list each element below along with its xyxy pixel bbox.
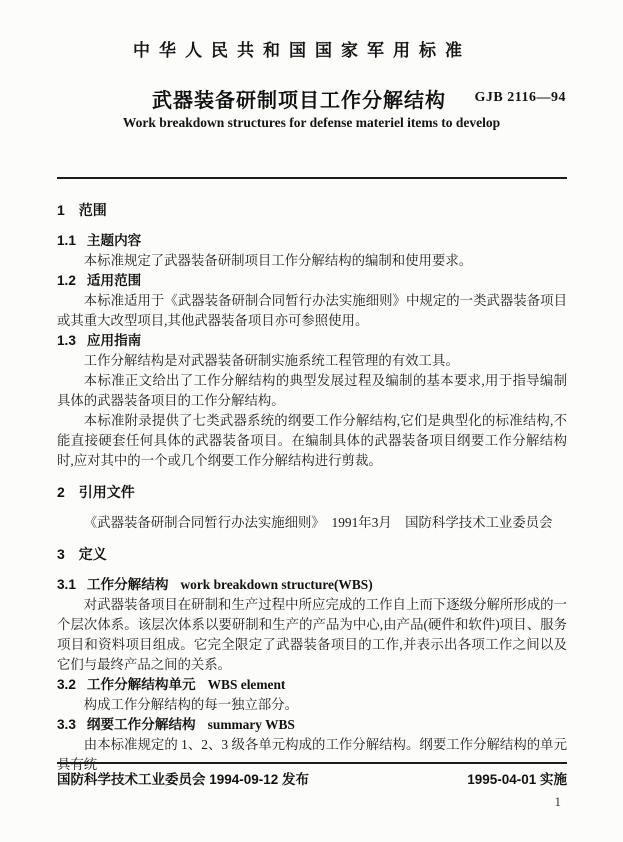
section-title: 应用指南 xyxy=(87,333,141,348)
section-heading: 3.2工作分解结构单元WBS element xyxy=(57,675,567,695)
paragraph: 对武器装备项目在研制和生产过程中所应完成的工作自上而下逐级分解所形成的一个层次体… xyxy=(57,595,567,675)
section-title-english: work breakdown structure(WBS) xyxy=(180,577,372,592)
section-title-english: WBS element xyxy=(208,677,286,692)
paragraph: 本标准适用于《武器装备研制合同暂行办法实施细则》中规定的一类武器装备项目或其重大… xyxy=(57,291,567,331)
section-number: 3 xyxy=(57,546,65,562)
section-number: 3.1 xyxy=(57,577,76,592)
page-number: 1 xyxy=(555,794,562,810)
paragraph: 本标准附录提供了七类武器系统的纲要工作分解结构,它们是典型化的标准结构,不能直接… xyxy=(57,411,567,471)
section-title: 纲要工作分解结构 xyxy=(87,717,196,732)
section-title: 工作分解结构 xyxy=(87,577,169,592)
section-heading: 1.2适用范围 xyxy=(57,271,567,291)
paragraph: 本标准规定了武器装备研制项目工作分解结构的编制和使用要求。 xyxy=(57,251,567,271)
section-title-english: summary WBS xyxy=(208,717,295,732)
section-heading: 3定义 xyxy=(57,544,567,564)
paragraph: 工作分解结构是对武器装备研制实施系统工程管理的有效工具。 xyxy=(57,351,567,371)
document-body: 1范围1.1主题内容本标准规定了武器装备研制项目工作分解结构的编制和使用要求。1… xyxy=(57,196,567,775)
standard-number: GJB 2116—94 xyxy=(475,90,566,106)
section-heading: 3.1工作分解结构work breakdown structure(WBS) xyxy=(57,575,567,595)
section-heading: 2引用文件 xyxy=(57,482,567,502)
section-number: 1.1 xyxy=(57,233,76,248)
section-title: 引用文件 xyxy=(79,484,135,500)
section-title: 主题内容 xyxy=(87,233,141,248)
section-number: 3.2 xyxy=(57,677,76,692)
header-divider xyxy=(57,177,567,179)
footer: 国防科学技术工业委员会 1994-09-12 发布 1995-04-01 实施 xyxy=(57,768,567,788)
section-number: 1.3 xyxy=(57,333,76,348)
section-number: 3.3 xyxy=(57,717,76,732)
paragraph: 构成工作分解结构的每一独立部分。 xyxy=(57,695,567,715)
section-title: 范围 xyxy=(79,202,107,218)
standard-class-title: 中华人民共和国国家军用标准 xyxy=(133,36,471,61)
paragraph: 本标准正文给出了工作分解结构的典型发展过程及编制的基本要求,用于指导编制具体的武… xyxy=(57,371,567,411)
section-title: 定义 xyxy=(79,546,107,562)
footer-divider xyxy=(57,762,567,764)
section-number: 1 xyxy=(57,202,65,218)
issue-info: 国防科学技术工业委员会 1994-09-12 发布 xyxy=(57,768,309,788)
reference-line: 《武器装备研制合同暂行办法实施细则》 1991年3月 国防科学技术工业委员会 xyxy=(57,513,567,533)
section-heading: 1.3应用指南 xyxy=(57,331,567,351)
implement-info: 1995-04-01 实施 xyxy=(467,768,567,788)
section-heading: 3.3纲要工作分解结构summary WBS xyxy=(57,715,567,735)
section-number: 1.2 xyxy=(57,273,76,288)
section-heading: 1.1主题内容 xyxy=(57,231,567,251)
document-page: 中华人民共和国国家军用标准 武器装备研制项目工作分解结构 GJB 2116—94… xyxy=(0,0,623,842)
section-title: 适用范围 xyxy=(87,273,141,288)
document-title-english: Work breakdown structures for defense ma… xyxy=(0,115,623,131)
document-title: 武器装备研制项目工作分解结构 xyxy=(152,84,446,113)
section-title: 工作分解结构单元 xyxy=(87,677,196,692)
section-heading: 1范围 xyxy=(57,200,567,220)
section-number: 2 xyxy=(57,484,65,500)
